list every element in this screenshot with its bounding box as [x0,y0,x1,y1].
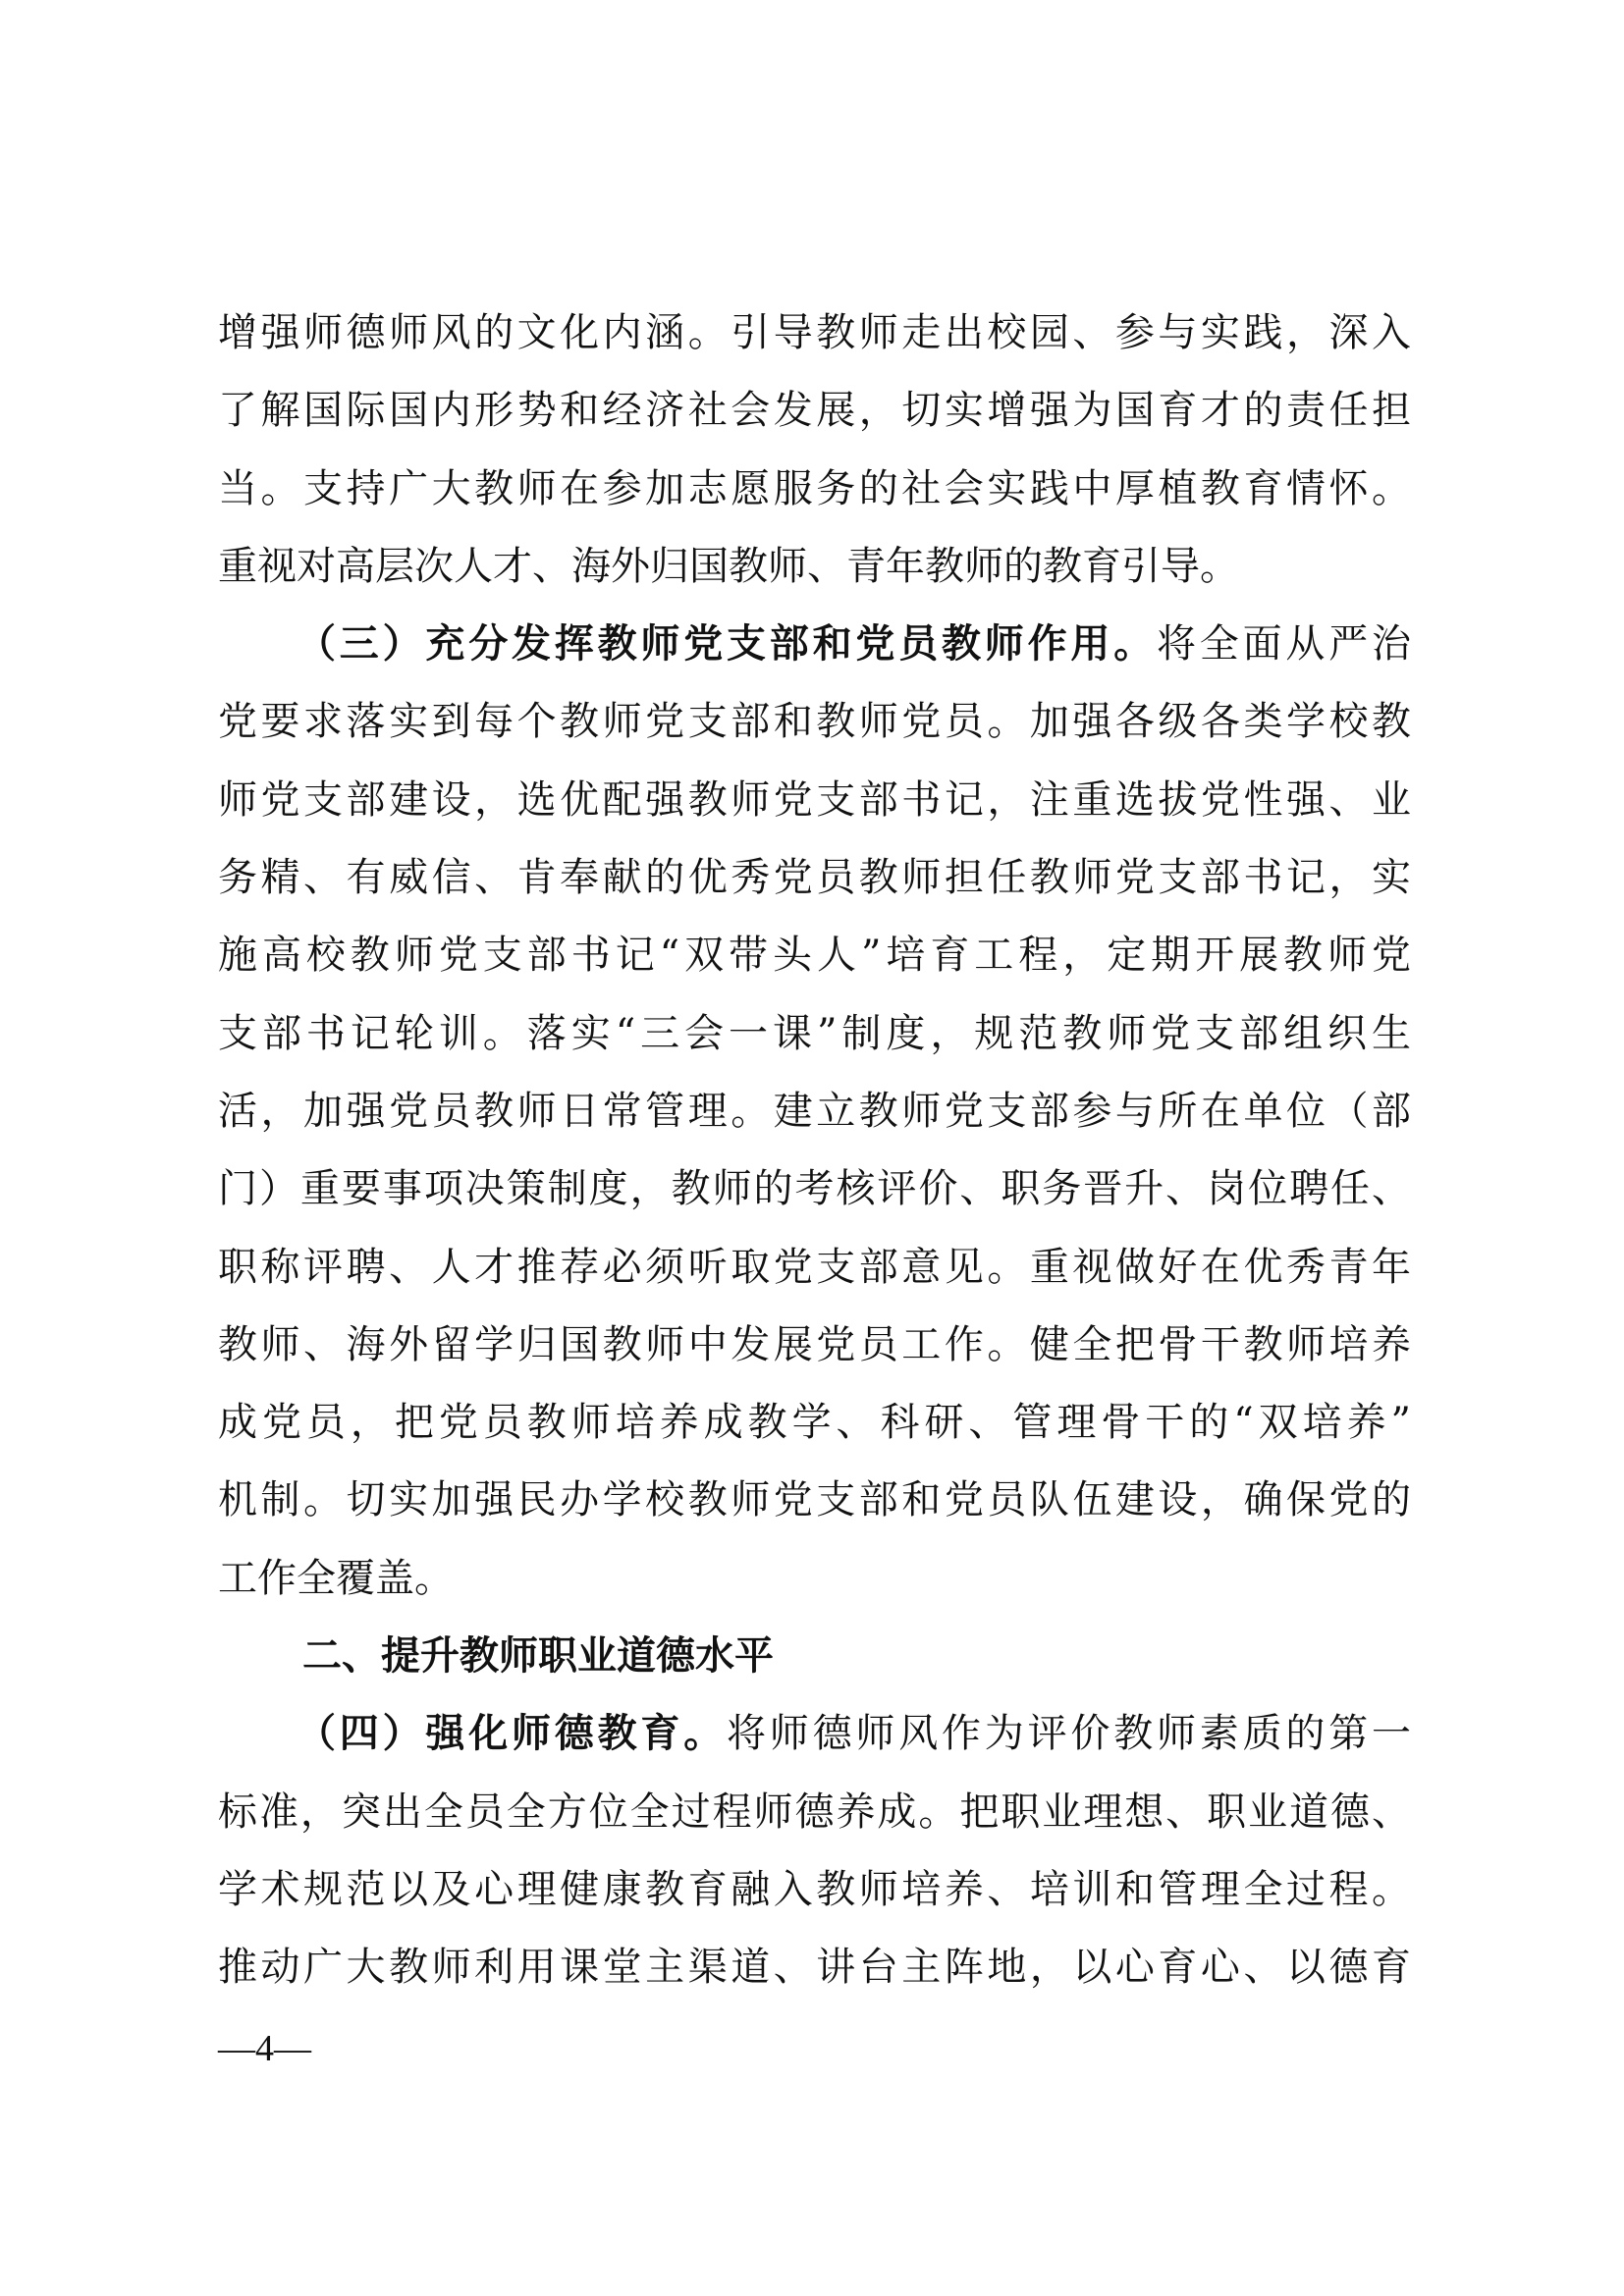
document-page: 增强师德师风的文化内涵。引导教师走出校园、参与实践，深入 了解国际国内形势和经济… [218,294,1411,2007]
paragraph-line: 当。支持广大教师在参加志愿服务的社会实践中厚植教育情怀。 [218,451,1411,528]
section-4-heading: （四）强化师德教育。 [297,1711,727,1756]
paragraph-line: 推动广大教师利用课堂主渠道、讲台主阵地，以心育心、以德育 [218,1929,1411,2006]
paragraph-line: 支部书记轮训。落实“三会一课”制度，规范教师党支部组织生 [218,995,1411,1073]
paragraph-line: 党要求落实到每个教师党支部和教师党员。加强各级各类学校教 [218,683,1411,761]
paragraph-line: 施高校教师党支部书记“双带头人”培育工程，定期开展教师党 [218,917,1411,994]
paragraph-line: 职称评聘、人才推荐必须听取党支部意见。重视做好在优秀青年 [218,1229,1411,1307]
page-number: —4— [218,2027,311,2070]
section-3-first-line-text: 将全面从严治 [1157,621,1411,667]
section-4-first-line: （四）强化师德教育。将师德师风作为评价教师素质的第一 [218,1695,1411,1773]
paragraph-line: 门）重要事项决策制度，教师的考核评价、职务晋升、岗位聘任、 [218,1150,1411,1228]
paragraph-line: 成党员，把党员教师培养成教学、科研、管理骨干的“双培养” [218,1384,1411,1462]
paragraph-line: 增强师德师风的文化内涵。引导教师走出校园、参与实践，深入 [218,294,1411,372]
paragraph-line: 师党支部建设，选优配强教师党支部书记，注重选拔党性强、业 [218,762,1411,839]
paragraph-line: 教师、海外留学归国教师中发展党员工作。健全把骨干教师培养 [218,1307,1411,1384]
paragraph-line: 学术规范以及心理健康教育融入教师培养、培训和管理全过程。 [218,1851,1411,1929]
section-3-heading: （三）充分发挥教师党支部和党员教师作用。 [297,621,1157,667]
paragraph-line: 重视对高层次人才、海外归国教师、青年教师的教育引导。 [218,528,1411,606]
section-3-first-line: （三）充分发挥教师党支部和党员教师作用。将全面从严治 [218,606,1411,683]
section-4-first-line-text: 将师德师风作为评价教师素质的第一 [727,1711,1411,1756]
chapter-2-heading: 二、提升教师职业道德水平 [218,1618,1411,1695]
paragraph-line: 了解国际国内形势和经济社会发展，切实增强为国育才的责任担 [218,372,1411,450]
paragraph-line: 标准，突出全员全方位全过程师德养成。把职业理想、职业道德、 [218,1774,1411,1851]
paragraph-line: 活，加强党员教师日常管理。建立教师党支部参与所在单位（部 [218,1073,1411,1150]
paragraph-line: 工作全覆盖。 [218,1540,1411,1618]
paragraph-line: 机制。切实加强民办学校教师党支部和党员队伍建设，确保党的 [218,1462,1411,1539]
paragraph-line: 务精、有威信、肯奉献的优秀党员教师担任教师党支部书记，实 [218,839,1411,917]
